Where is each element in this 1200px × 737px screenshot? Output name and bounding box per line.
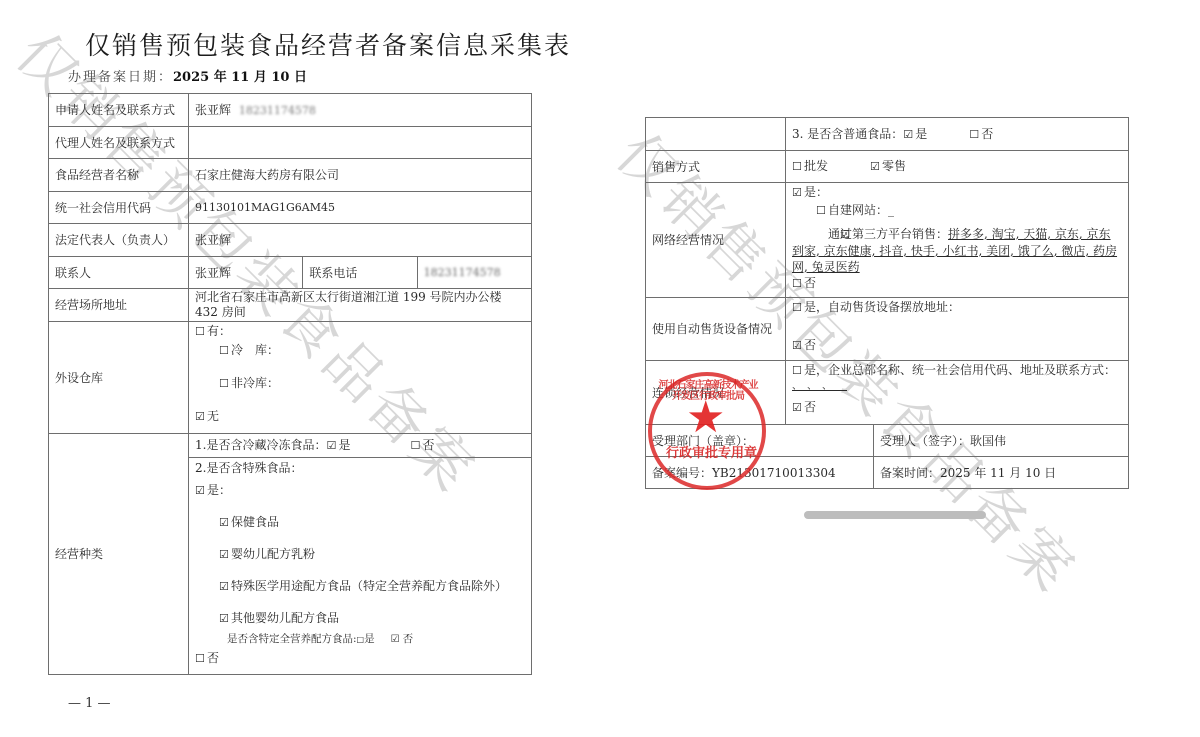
label-contact: 联系人 xyxy=(49,257,189,289)
warehouse-noncold-text: 非冷库： xyxy=(231,376,279,390)
value-receiver: 受理人（签字）：耿国伟 xyxy=(874,425,1129,457)
special-food-item: ☑婴幼儿配方乳粉 xyxy=(195,546,525,563)
value-record-time: 备案时间：2025 年 11 月 10 日 xyxy=(874,457,1129,489)
own-site-text: 自建网站： xyxy=(828,203,888,217)
value-vending: ☐是，自动售货设备摆放地址： ☑否 xyxy=(786,298,1129,361)
special-food-item-text: 其他婴幼儿配方食品 xyxy=(231,611,339,625)
full-nutrition-question: 是否含特定全营养配方食品:□是☑否 xyxy=(195,631,525,648)
checked-checkbox-icon: ☑ xyxy=(391,632,403,648)
warehouse-has: ☐有： xyxy=(195,323,525,340)
q2-no-text: 否 xyxy=(207,651,219,665)
filing-date-value: 2025 年 11 月 10 日 xyxy=(173,70,307,85)
special-food-item-text: 特殊医学用途配方食品（特定全营养配方食品除外） xyxy=(231,579,507,593)
third-party-text: 通过第三方平台销售： xyxy=(828,227,948,241)
full-nutrition-no: 否 xyxy=(403,633,414,645)
value-contact-phone: 18231174578 xyxy=(417,257,531,289)
chain-yes-text: 是，企业总部名称、统一社会信用代码、地址及联系方式： xyxy=(804,363,1116,377)
checked-checkbox-icon: ☑ xyxy=(903,127,915,143)
value-operator-name: 石家庄健海大药房有限公司 xyxy=(189,159,532,192)
value-chain: ☐是，企业总部名称、统一社会信用代码、地址及联系方式： 、 、 、 ☑否 xyxy=(786,361,1129,425)
row-operator-name: 食品经营者名称 石家庄健海大药房有限公司 xyxy=(49,159,532,192)
page-number: — 1 — xyxy=(68,696,111,711)
q1-yes: 是 xyxy=(338,438,350,452)
online-yes: ☑是： xyxy=(792,184,1122,201)
special-food-item: ☑特殊医学用途配方食品（特定全营养配方食品除外） xyxy=(195,578,525,595)
checked-checkbox-icon: ☑ xyxy=(195,483,207,499)
label-legal-rep: 法定代表人（负责人） xyxy=(49,224,189,257)
checkbox-icon: ☐ xyxy=(816,203,828,219)
checked-checkbox-icon: ☑ xyxy=(792,185,804,201)
document-title: 仅销售预包装食品经营者备案信息采集表 xyxy=(85,26,571,62)
checkbox-icon: ☐ xyxy=(792,276,804,292)
label-chain: 连锁经营情况 xyxy=(646,361,786,425)
q2-text: 2.是否含特殊食品： xyxy=(195,460,525,476)
value-address: 河北省石家庄市高新区太行街道湘江道 199 号院内办公楼 432 房间 xyxy=(189,289,532,322)
chain-no-text: 否 xyxy=(804,400,816,414)
row-agent: 代理人姓名及联系方式 xyxy=(49,127,532,159)
row-q3: 3. 是否含普通食品：☑是☐否 xyxy=(646,118,1129,151)
value-record-number: 备案编号：YB21301710013304 xyxy=(646,457,874,489)
sales-retail: 零售 xyxy=(882,159,906,173)
applicant-name: 张亚辉 xyxy=(195,103,231,117)
chain-yes: ☐是，企业总部名称、统一社会信用代码、地址及联系方式： xyxy=(792,362,1122,379)
horizontal-scrollbar[interactable] xyxy=(804,511,986,519)
checked-checkbox-icon: ☑ xyxy=(219,547,231,563)
value-credit-code: 91130101MAG1G6AM45 xyxy=(189,192,532,224)
value-contact: 张亚辉 xyxy=(189,257,303,289)
warehouse-noncold: ☐非冷库： xyxy=(195,375,525,392)
q2-yes: ☑是： xyxy=(195,482,525,499)
special-food-item-text: 保健食品 xyxy=(231,515,279,529)
checked-checkbox-icon: ☑ xyxy=(326,438,338,454)
vending-no-text: 否 xyxy=(804,338,816,352)
filing-date: 办理备案日期：2025 年 11 月 10 日 xyxy=(68,66,307,85)
checked-checkbox-icon: ☑ xyxy=(792,338,804,354)
row-warehouse: 外设仓库 ☐有： ☐冷 库： ☐非冷库： ☑无 xyxy=(49,322,532,434)
label-q3-empty xyxy=(646,118,786,151)
checkbox-icon: ☐ xyxy=(195,651,207,667)
row-vending: 使用自动售货设备情况 ☐是，自动售货设备摆放地址： ☑否 xyxy=(646,298,1129,361)
row-credit-code: 统一社会信用代码 91130101MAG1G6AM45 xyxy=(49,192,532,224)
checked-checkbox-icon: ☑ xyxy=(870,159,882,175)
special-food-item: ☑其他婴幼儿配方食品 xyxy=(195,610,525,627)
checkbox-icon: ☐ xyxy=(792,300,804,316)
contact-phone: 18231174578 xyxy=(424,266,501,279)
row-online: 网络经营情况 ☑是： ☐自建网站：_ ☑通过第三方平台销售：拼多多, 淘宝, 天… xyxy=(646,183,1129,298)
row-sales: 销售方式 ☐批发☑零售 xyxy=(646,151,1129,183)
row-contact: 联系人 张亚辉 联系电话 18231174578 xyxy=(49,257,532,289)
checkbox-icon: ☐ xyxy=(969,127,981,143)
row-dept: 受理部门（盖章）： 受理人（签字）：耿国伟 xyxy=(646,425,1129,457)
warehouse-none: ☑无 xyxy=(195,408,525,425)
label-dept: 受理部门（盖章）： xyxy=(646,425,874,457)
warehouse-cold: ☐冷 库： xyxy=(195,342,525,359)
checkbox-icon: ☐ xyxy=(410,438,422,454)
row-chain: 连锁经营情况 ☐是，企业总部名称、统一社会信用代码、地址及联系方式： 、 、 、… xyxy=(646,361,1129,425)
full-nutrition-text: 是否含特定全营养配方食品: xyxy=(227,633,357,645)
row-categories-q1: 经营种类 1.是否含冷藏冷冻食品：☑是☐否 xyxy=(49,434,532,458)
value-q3: 3. 是否含普通食品：☑是☐否 xyxy=(786,118,1129,151)
checkbox-icon: ☐ xyxy=(219,343,231,359)
q1-text: 1.是否含冷藏冷冻食品： xyxy=(195,438,326,452)
value-agent xyxy=(189,127,532,159)
label-sales: 销售方式 xyxy=(646,151,786,183)
checked-checkbox-icon: ☑ xyxy=(816,227,828,243)
online-third-party: ☑通过第三方平台销售：拼多多, 淘宝, 天猫, 京东, 京东到家, 京东健康, … xyxy=(792,226,1122,275)
row-address: 经营场所地址 河北省石家庄市高新区太行街道湘江道 199 号院内办公楼 432 … xyxy=(49,289,532,322)
checkbox-icon: ☐ xyxy=(195,324,207,340)
chain-blank-line: 、 、 、 xyxy=(792,379,872,395)
q3-no: 否 xyxy=(981,127,993,141)
checkbox-icon: ☐ xyxy=(792,363,804,379)
vending-yes-text: 是，自动售货设备摆放地址： xyxy=(804,300,960,314)
sales-wholesale: 批发 xyxy=(804,159,828,173)
value-legal-rep: 张亚辉 xyxy=(189,224,532,257)
row-applicant: 申请人姓名及联系方式 张亚辉 18231174578 xyxy=(49,94,532,127)
label-vending: 使用自动售货设备情况 xyxy=(646,298,786,361)
checked-checkbox-icon: ☑ xyxy=(219,579,231,595)
chain-no: ☑否 xyxy=(792,399,1122,416)
value-categories-q1: 1.是否含冷藏冷冻食品：☑是☐否 xyxy=(189,434,532,458)
checked-checkbox-icon: ☑ xyxy=(219,515,231,531)
label-warehouse: 外设仓库 xyxy=(49,322,189,434)
applicant-phone: 18231174578 xyxy=(239,104,316,117)
online-no: ☐否 xyxy=(792,275,1122,292)
checked-checkbox-icon: ☑ xyxy=(219,611,231,627)
label-applicant: 申请人姓名及联系方式 xyxy=(49,94,189,127)
checkbox-icon: □ xyxy=(357,635,365,644)
q3-text: 3. 是否含普通食品： xyxy=(792,127,903,141)
q3-yes: 是 xyxy=(915,127,927,141)
q1-no: 否 xyxy=(422,438,434,452)
online-no-text: 否 xyxy=(804,276,816,290)
row-legal-rep: 法定代表人（负责人） 张亚辉 xyxy=(49,224,532,257)
special-food-item: ☑保健食品 xyxy=(195,514,525,531)
value-sales: ☐批发☑零售 xyxy=(786,151,1129,183)
label-operator-name: 食品经营者名称 xyxy=(49,159,189,192)
warehouse-cold-text: 冷 库： xyxy=(231,343,279,357)
q2-yes-text: 是： xyxy=(207,483,231,497)
vending-yes: ☐是，自动售货设备摆放地址： xyxy=(792,299,1122,316)
registration-table-page2: 3. 是否含普通食品：☑是☐否 销售方式 ☐批发☑零售 网络经营情况 ☑是： ☐… xyxy=(645,117,1129,489)
full-nutrition-yes: 是 xyxy=(364,633,375,645)
value-applicant: 张亚辉 18231174578 xyxy=(189,94,532,127)
label-credit-code: 统一社会信用代码 xyxy=(49,192,189,224)
label-address: 经营场所地址 xyxy=(49,289,189,322)
q2-no: ☐否 xyxy=(195,650,525,667)
vending-no: ☑否 xyxy=(792,337,1122,354)
warehouse-has-text: 有： xyxy=(207,324,231,338)
label-online: 网络经营情况 xyxy=(646,183,786,298)
value-categories-q2: 2.是否含特殊食品： ☑是： ☑保健食品 ☑婴幼儿配方乳粉 ☑特殊医学用途配方食… xyxy=(189,458,532,675)
value-warehouse: ☐有： ☐冷 库： ☐非冷库： ☑无 xyxy=(189,322,532,434)
warehouse-none-text: 无 xyxy=(207,409,219,423)
filing-date-label: 办理备案日期： xyxy=(68,70,173,85)
online-yes-text: 是： xyxy=(804,185,828,199)
row-record: 备案编号：YB21301710013304 备案时间：2025 年 11 月 1… xyxy=(646,457,1129,489)
checkbox-icon: ☐ xyxy=(792,159,804,175)
registration-table-page1: 申请人姓名及联系方式 张亚辉 18231174578 代理人姓名及联系方式 食品… xyxy=(48,93,532,675)
checkbox-icon: ☐ xyxy=(219,376,231,392)
label-contact-phone: 联系电话 xyxy=(303,257,417,289)
value-online: ☑是： ☐自建网站：_ ☑通过第三方平台销售：拼多多, 淘宝, 天猫, 京东, … xyxy=(786,183,1129,298)
label-categories: 经营种类 xyxy=(49,434,189,675)
checked-checkbox-icon: ☑ xyxy=(792,400,804,416)
label-agent: 代理人姓名及联系方式 xyxy=(49,127,189,159)
own-site-value: _ xyxy=(888,203,894,217)
special-food-item-text: 婴幼儿配方乳粉 xyxy=(231,547,315,561)
checked-checkbox-icon: ☑ xyxy=(195,409,207,425)
online-own-site: ☐自建网站：_ xyxy=(792,202,1122,219)
